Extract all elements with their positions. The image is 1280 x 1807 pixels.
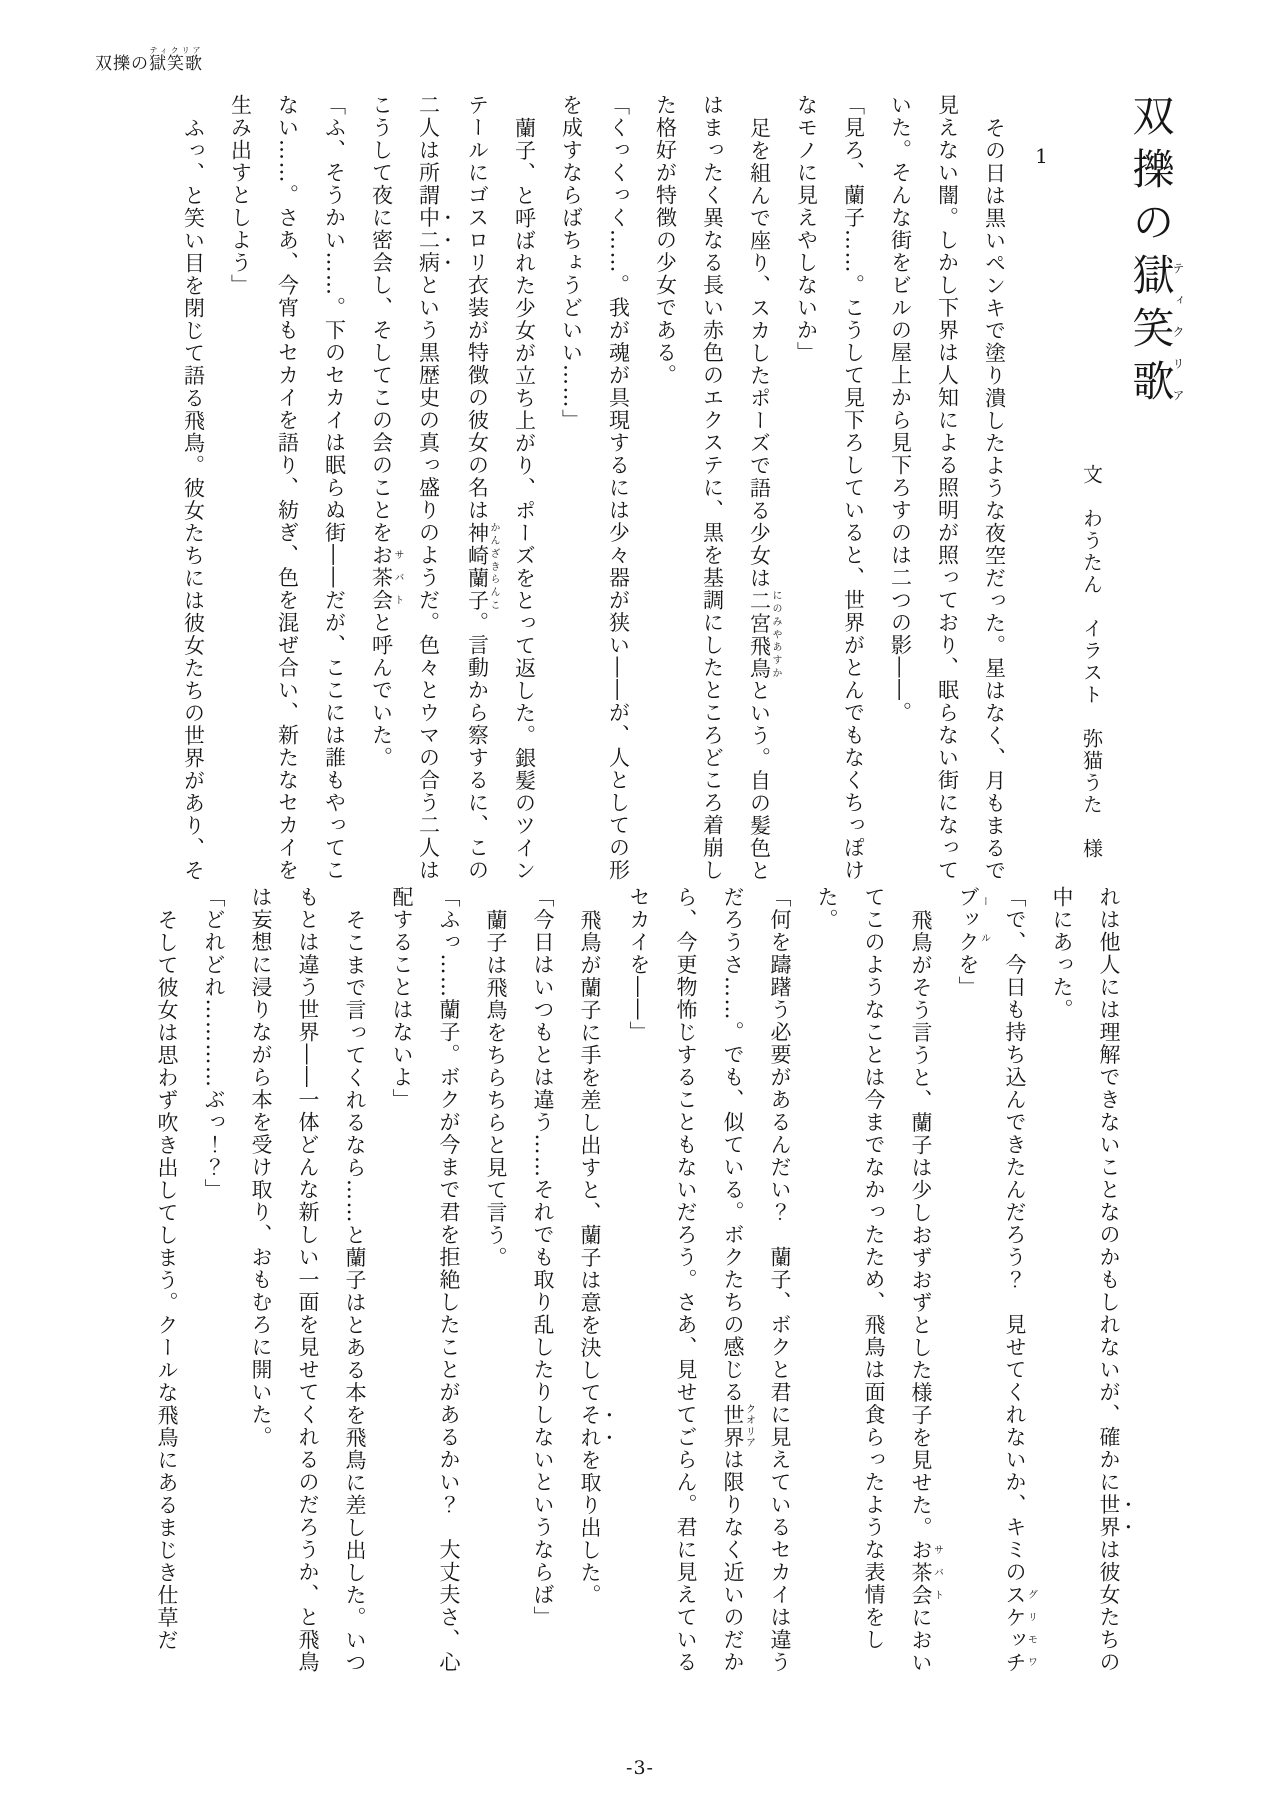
page-number: -3- bbox=[0, 1757, 1280, 1779]
ruby-annotated-text: 世界クオリア bbox=[721, 1404, 745, 1449]
text-run: 「見ろ、蘭子……。こうして見下ろしていると、世界がとんでもなくちっぽけなモノに見… bbox=[795, 94, 866, 882]
text-run: 「どれどれ…………ぶっ！？」 bbox=[202, 886, 226, 1201]
manuscript-page: { "header": { "title_plain": "双擽の", "tit… bbox=[0, 0, 1280, 1807]
text-run: 「で、今日も持ち込んできたんだろう？ 見せてくれないか、キミの bbox=[1003, 886, 1027, 1584]
dialogue-paragraph: 「どれどれ…………ぶっ！？」 bbox=[190, 886, 237, 1691]
text-section-bottom: れは他人には理解できないことなのかもしれないが、確かに世界は彼女たちの中にあった… bbox=[143, 886, 1134, 1691]
ruby-annotated-text: お茶会サバト bbox=[909, 1539, 933, 1607]
text-run: と呼んでいた。 bbox=[370, 612, 394, 770]
text-section-top: 双擽の獄笑歌ティクリア 文 わうたん イラスト 弥猫うた 様 1 その日は黒いペ… bbox=[170, 94, 1185, 884]
story-title-ruby: 獄笑歌ティクリア bbox=[1127, 253, 1176, 412]
story-title: 双擽の獄笑歌ティクリア bbox=[1118, 94, 1185, 884]
story-title-plain: 双擽の bbox=[1127, 94, 1176, 253]
running-header: 双擽の獄笑歌ティクリア bbox=[95, 46, 203, 74]
author-credit: 文 わうたん イラスト 弥猫うた 様 bbox=[1066, 94, 1118, 884]
text-run: 足を組んで座り、スカしたポーズで語る少女は bbox=[748, 117, 772, 590]
narrative-paragraph: 蘭子は飛鳥をちらちらと見て言う。 bbox=[472, 886, 519, 1691]
text-run: 「くっくっく……。我が魂が具現するには少々器が狭い――が、人としての形を成すなら… bbox=[560, 94, 631, 882]
narrative-paragraph: ふっ、と笑い目を閉じて語る飛鳥。彼女たちには彼女たちの世界があり、そ bbox=[170, 94, 217, 884]
text-run: 蘭子は飛鳥をちらちらと見て言う。 bbox=[484, 909, 508, 1269]
text-run: そして彼女は思わず吹き出してしまう。クールな飛鳥にあるまじき仕草だ bbox=[155, 909, 179, 1652]
emphasized-text: 世界 bbox=[1097, 1494, 1121, 1539]
running-header-title: 双擽の bbox=[95, 54, 149, 74]
text-run: そこまで言ってくれるなら……と蘭子はとある本を飛鳥に差し出した。いつもとは違う世… bbox=[249, 886, 367, 1674]
text-run: 飛鳥が蘭子に手を差し出すと、蘭子は意を決して bbox=[578, 909, 602, 1404]
ruby-annotated-text: 二宮飛鳥にのみやあすか bbox=[748, 590, 772, 680]
dialogue-paragraph: 「ふっ……蘭子。ボクが今まで君を拒絶したことがあるかい？ 大丈夫さ、心配すること… bbox=[378, 886, 472, 1691]
dialogue-paragraph: 「で、今日も持ち込んできたんだろう？ 見せてくれないか、キミのスケッチブックグリ… bbox=[944, 886, 1038, 1691]
text-run: 飛鳥がそう言うと、蘭子は少しおずおずとした様子を見せた。 bbox=[909, 909, 933, 1539]
text-run: 「ふ、そうかい……。下のセカイは眠らぬ街――だが、ここには誰もやってこない……。… bbox=[229, 94, 347, 882]
text-run: ふっ、と笑い目を閉じて語る飛鳥。彼女たちには彼女たちの世界があり、そ bbox=[182, 117, 206, 882]
dialogue-paragraph: 「何を躊躇う必要があるんだい？ 蘭子、ボクと君に見えているセカイは違うだろうさ…… bbox=[615, 886, 803, 1691]
narrative-paragraph: 飛鳥がそう言うと、蘭子は少しおずおずとした様子を見せた。お茶会サバトにおいてこの… bbox=[803, 886, 944, 1691]
text-run: 「ふっ……蘭子。ボクが今まで君を拒絶したことがあるかい？ 大丈夫さ、心配すること… bbox=[390, 886, 461, 1674]
narrative-paragraph: そこまで言ってくれるなら……と蘭子はとある本を飛鳥に差し出した。いつもとは違う世… bbox=[237, 886, 378, 1691]
text-run: れは他人には理解できないことなのかもしれないが、確かに bbox=[1097, 886, 1121, 1494]
dialogue-paragraph: 「くっくっく……。我が魂が具現するには少々器が狭い――が、人としての形を成すなら… bbox=[548, 94, 642, 884]
text-run: を」 bbox=[956, 954, 980, 999]
text-run: を取り出した。 bbox=[578, 1449, 602, 1607]
narrative-paragraph: 蘭子、と呼ばれた少女が立ち上がり、ポーズをとって返した。銀髪のツインテールにゴス… bbox=[358, 94, 548, 884]
running-header-ruby: 獄笑歌ティクリア bbox=[149, 54, 203, 74]
dialogue-paragraph: れは他人には理解できないことなのかもしれないが、確かに世界は彼女たちの中にあった… bbox=[1038, 886, 1134, 1691]
dialogue-paragraph: 「ふ、そうかい……。下のセカイは眠らぬ街――だが、ここには誰もやってこない……。… bbox=[217, 94, 358, 884]
text-run: その日は黒いペンキで塗り潰したような夜空だった。星はなく、月もまるで見えない闇。… bbox=[889, 94, 1007, 882]
ruby-annotated-text: お茶会サバト bbox=[370, 544, 394, 612]
chapter-number: 1 bbox=[1018, 94, 1066, 884]
dialogue-paragraph: 「今日はいつもとは違う……それでも取り乱したりしないというならば」 bbox=[519, 886, 566, 1691]
narrative-paragraph: そして彼女は思わず吹き出してしまう。クールな飛鳥にあるまじき仕草だ bbox=[143, 886, 190, 1691]
narrative-paragraph: その日は黒いペンキで塗り潰したような夜空だった。星はなく、月もまるで見えない闇。… bbox=[877, 94, 1018, 884]
emphasized-text: それ bbox=[578, 1404, 602, 1449]
ruby-annotated-text: 神崎蘭子かんざきらんこ bbox=[466, 522, 490, 612]
narrative-paragraph: 飛鳥が蘭子に手を差し出すと、蘭子は意を決してそれを取り出した。 bbox=[566, 886, 615, 1691]
text-run: 「今日はいつもとは違う……それでも取り乱したりしないというならば」 bbox=[531, 886, 555, 1629]
emphasized-text: 中二病 bbox=[417, 207, 441, 275]
dialogue-paragraph: 「見ろ、蘭子……。こうして見下ろしていると、世界がとんでもなくちっぽけなモノに見… bbox=[783, 94, 877, 884]
narrative-paragraph: 足を組んで座り、スカしたポーズで語る少女は二宮飛鳥にのみやあすかという。自の髪色… bbox=[642, 94, 783, 884]
